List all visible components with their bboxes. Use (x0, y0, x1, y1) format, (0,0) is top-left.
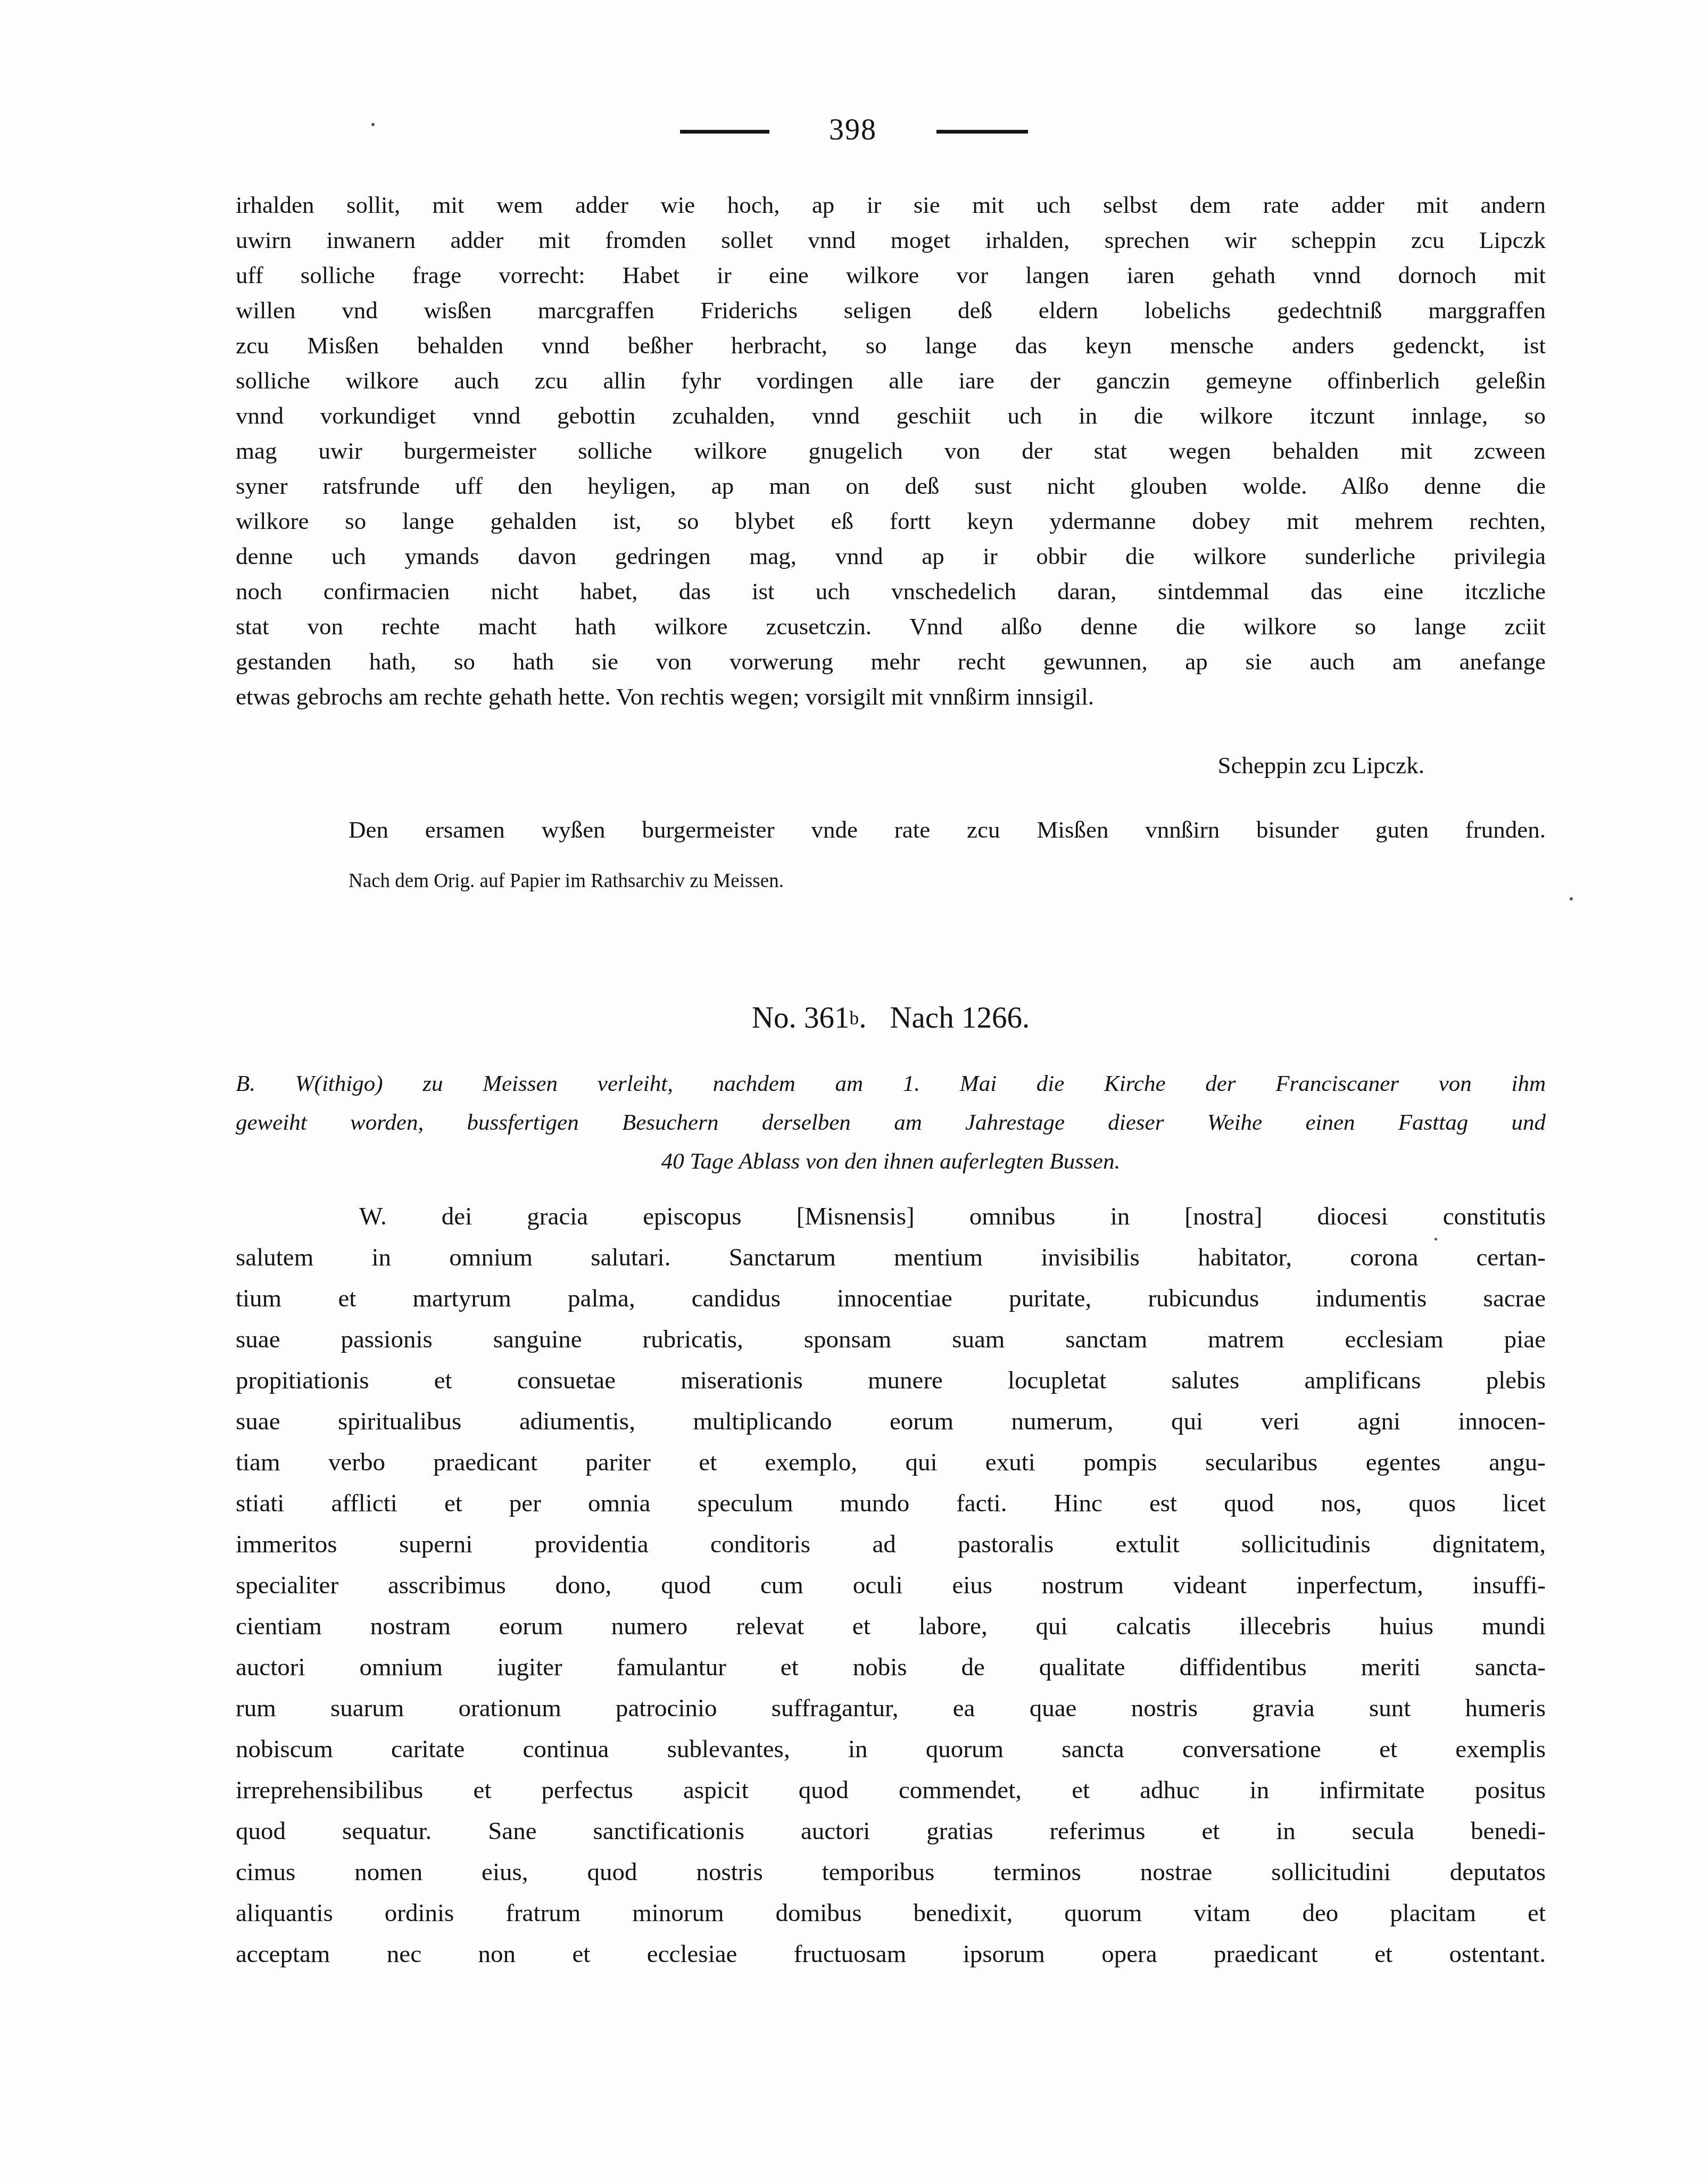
address-line: Den ersamen wyßen burgermeister vnde rat… (236, 813, 1546, 846)
text-line: noch confirmacien nicht habet, das ist u… (236, 574, 1546, 609)
text-line: gestanden hath, so hath sie von vorwerun… (236, 644, 1546, 679)
scanned-book-page: 398 irhalden sollit, mit wem adder wie h… (0, 0, 1708, 2184)
text-line: vnnd vorkundiget vnnd gebottin zcuhalden… (236, 398, 1546, 433)
text-line: rum suarum orationum patrocinio suffraga… (236, 1688, 1546, 1729)
entry-number-period: . (859, 1001, 866, 1035)
text-line: aliquantis ordinis fratrum minorum domib… (236, 1893, 1546, 1934)
page-header: 398 (0, 114, 1708, 146)
closing-paragraph: irhalden sollit, mit wem adder wie hoch,… (236, 187, 1546, 714)
text-line: wilkore so lange gehalden ist, so blybet… (236, 503, 1546, 539)
entry-summary: B. W(ithigo) zu Meissen verleiht, nachde… (236, 1064, 1546, 1181)
page-number: 398 (829, 114, 877, 146)
text-line: syner ratsfrunde uff den heyligen, ap ma… (236, 468, 1546, 503)
text-line: propitiationis et consuetae miserationis… (236, 1360, 1546, 1401)
scan-speck (371, 123, 375, 126)
text-line: stiati afflicti et per omnia speculum mu… (236, 1483, 1546, 1524)
text-line: salutem in omnium salutari. Sanctarum me… (236, 1237, 1546, 1278)
text-line: etwas gebrochs am rechte gehath hette. V… (236, 679, 1546, 714)
text-line: auctori omnium iugiter famulantur et nob… (236, 1647, 1546, 1688)
text-line: Den ersamen wyßen burgermeister vnde rat… (236, 813, 1546, 846)
text-line: tiam verbo praedicant pariter et exemplo… (236, 1442, 1546, 1483)
text-line: suae spiritualibus adiumentis, multiplic… (236, 1401, 1546, 1442)
text-line: cimus nomen eius, quod nostris temporibu… (236, 1852, 1546, 1893)
entry-number: No. 361 (752, 1001, 850, 1035)
text-line: mag uwir burgermeister solliche wilkore … (236, 433, 1546, 468)
scan-speck (1435, 1238, 1437, 1240)
text-line: tium et martyrum palma, candidus innocen… (236, 1278, 1546, 1319)
text-line: acceptam nec non et ecclesiae fructuosam… (236, 1934, 1546, 1975)
text-line: suae passionis sanguine rubricatis, spon… (236, 1319, 1546, 1360)
scan-speck (1570, 897, 1573, 900)
text-line: cientiam nostram eorum numero relevat et… (236, 1606, 1546, 1647)
text-line: W. dei gracia episcopus [Misnensis] omni… (236, 1196, 1546, 1237)
source-note: Nach dem Orig. auf Papier im Rathsarchiv… (236, 868, 1546, 894)
text-line: nobiscum caritate continua sublevantes, … (236, 1729, 1546, 1770)
text-line: irreprehensibilibus et perfectus aspicit… (236, 1770, 1546, 1811)
text-line: uwirn inwanern adder mit fromden sollet … (236, 222, 1546, 258)
text-line: immeritos superni providentia conditoris… (236, 1524, 1546, 1565)
text-line: solliche wilkore auch zcu allin fyhr vor… (236, 363, 1546, 398)
entry-heading: No. 361b.Nach 1266. (236, 1000, 1546, 1036)
text-line: geweiht worden, bussfertigen Besuchern d… (236, 1103, 1546, 1142)
text-line: specialiter asscribimus dono, quod cum o… (236, 1565, 1546, 1606)
text-line: zcu Misßen behalden vnnd beßher herbrach… (236, 328, 1546, 363)
entry-body: W. dei gracia episcopus [Misnensis] omni… (236, 1196, 1546, 1975)
header-rule-right (936, 130, 1028, 134)
entry-date: Nach 1266. (890, 1001, 1030, 1035)
text-line: uff solliche frage vorrecht: Habet ir ei… (236, 258, 1546, 293)
entry-number-superscript: b (849, 1008, 859, 1029)
text-line: willen vnd wisßen marcgraffen Friderichs… (236, 293, 1546, 328)
text-line: denne uch ymands davon gedringen mag, vn… (236, 539, 1546, 574)
signature-line: Scheppin zcu Lipczk. (236, 749, 1546, 781)
text-line: B. W(ithigo) zu Meissen verleiht, nachde… (236, 1064, 1546, 1103)
header-rule-left (680, 130, 769, 134)
text-line: stat von rechte macht hath wilkore zcuse… (236, 609, 1546, 644)
text-line: 40 Tage Ablass von den ihnen auferlegten… (236, 1142, 1546, 1181)
text-line: irhalden sollit, mit wem adder wie hoch,… (236, 187, 1546, 222)
text-line: quod sequatur. Sane sanctificationis auc… (236, 1811, 1546, 1852)
